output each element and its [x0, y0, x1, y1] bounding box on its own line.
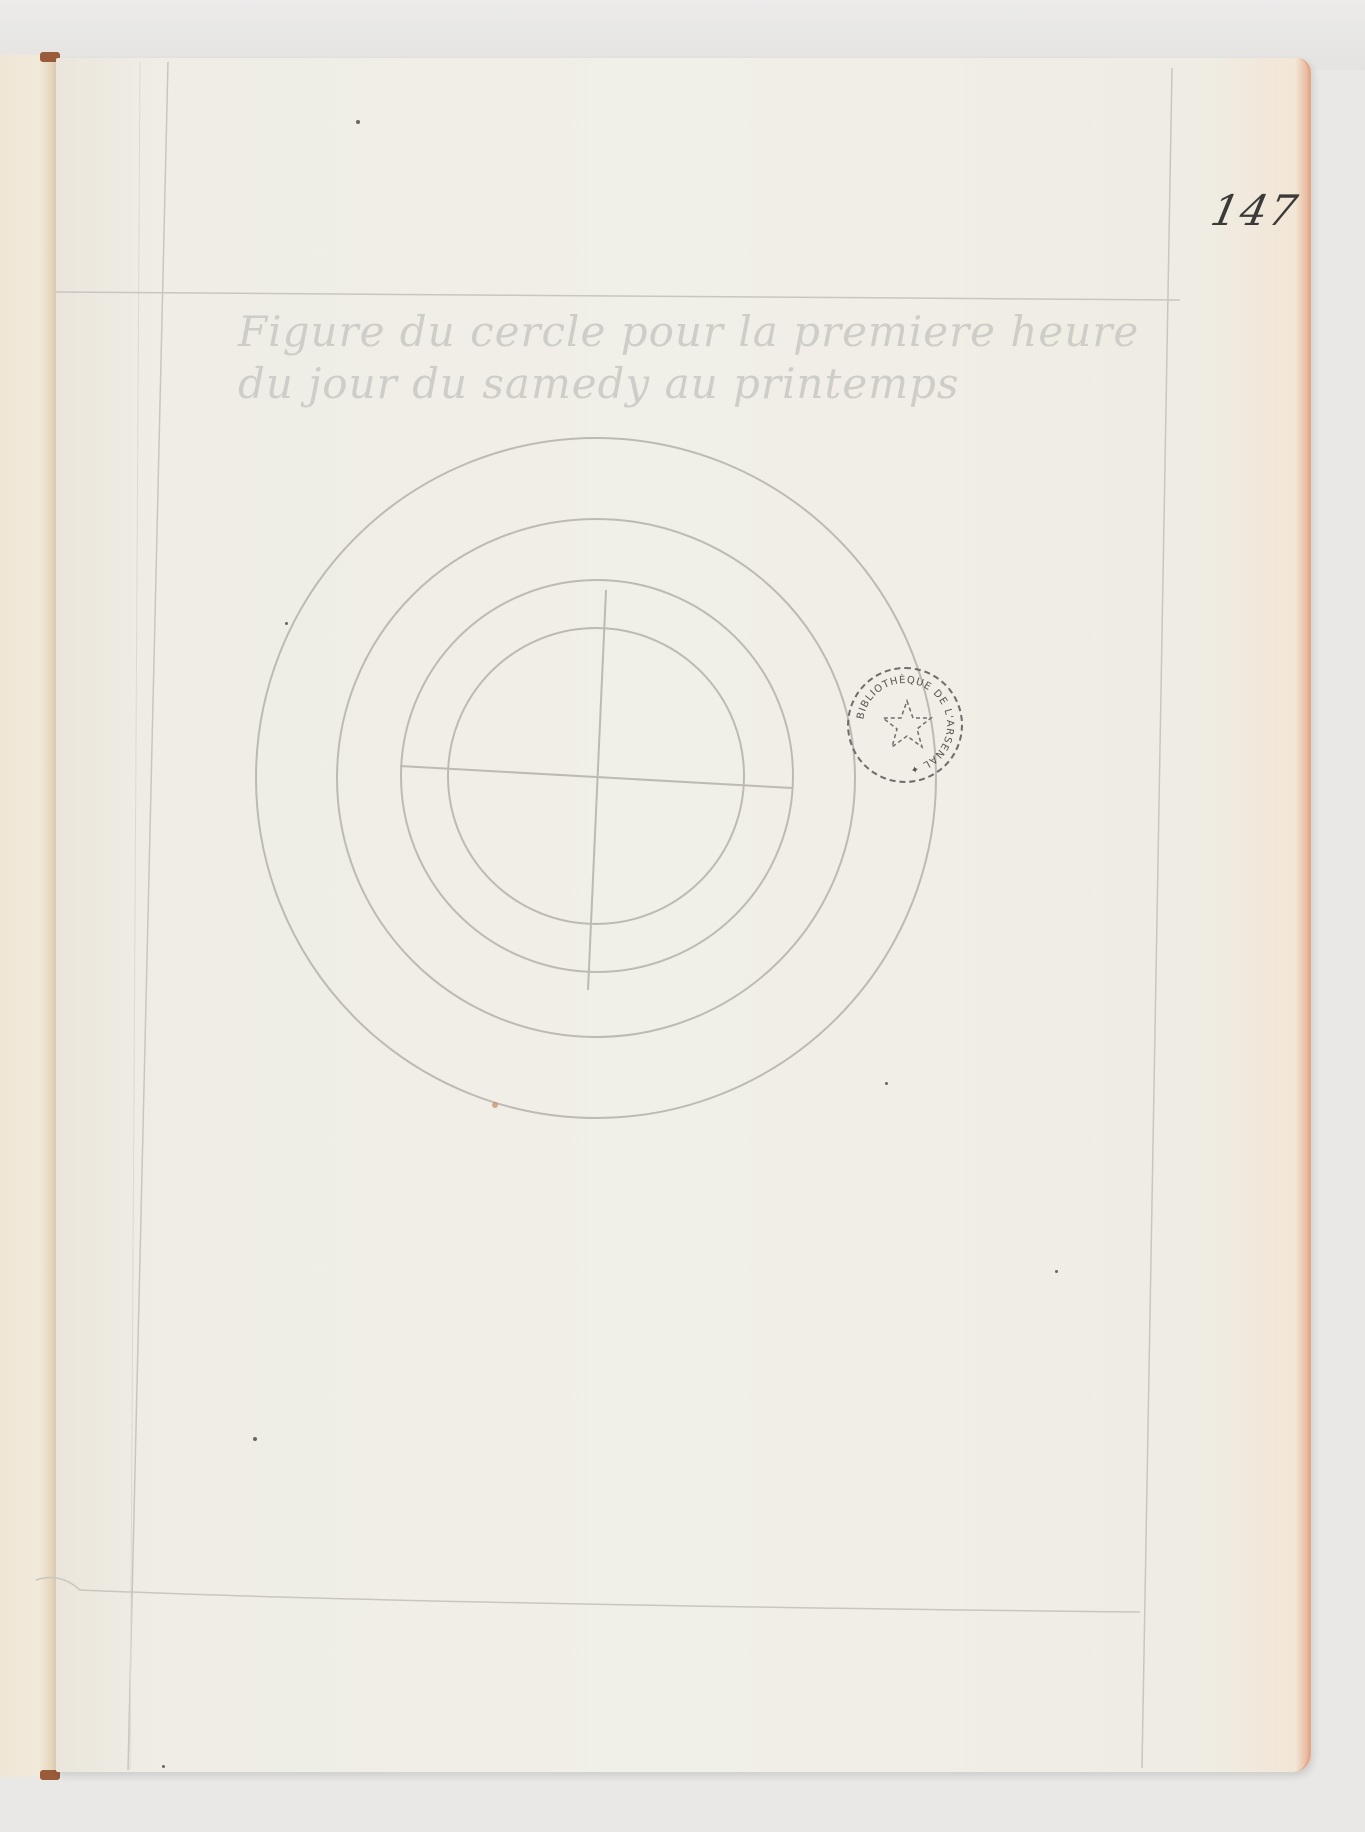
concentric-circle-figure	[256, 438, 936, 1118]
caption-line-2: du jour du samedy au printemps	[238, 358, 1198, 410]
paper-speck	[285, 622, 288, 625]
figure-caption: Figure du cercle pour la premiere heure …	[238, 306, 1198, 410]
star-icon	[879, 697, 935, 753]
paper-speck	[162, 1765, 165, 1768]
paper-speck	[885, 1082, 888, 1085]
paper-speck	[356, 120, 360, 124]
ruled-lines-and-figure	[0, 0, 1365, 1832]
paper-speck	[253, 1437, 257, 1441]
page-number: 147	[1207, 186, 1304, 235]
paper-speck	[1055, 1270, 1058, 1273]
library-stamp: BIBLIOTHÈQUE DE L'ARSENAL ✦	[847, 667, 963, 783]
caption-line-1: Figure du cercle pour la premiere heure	[238, 306, 1198, 358]
